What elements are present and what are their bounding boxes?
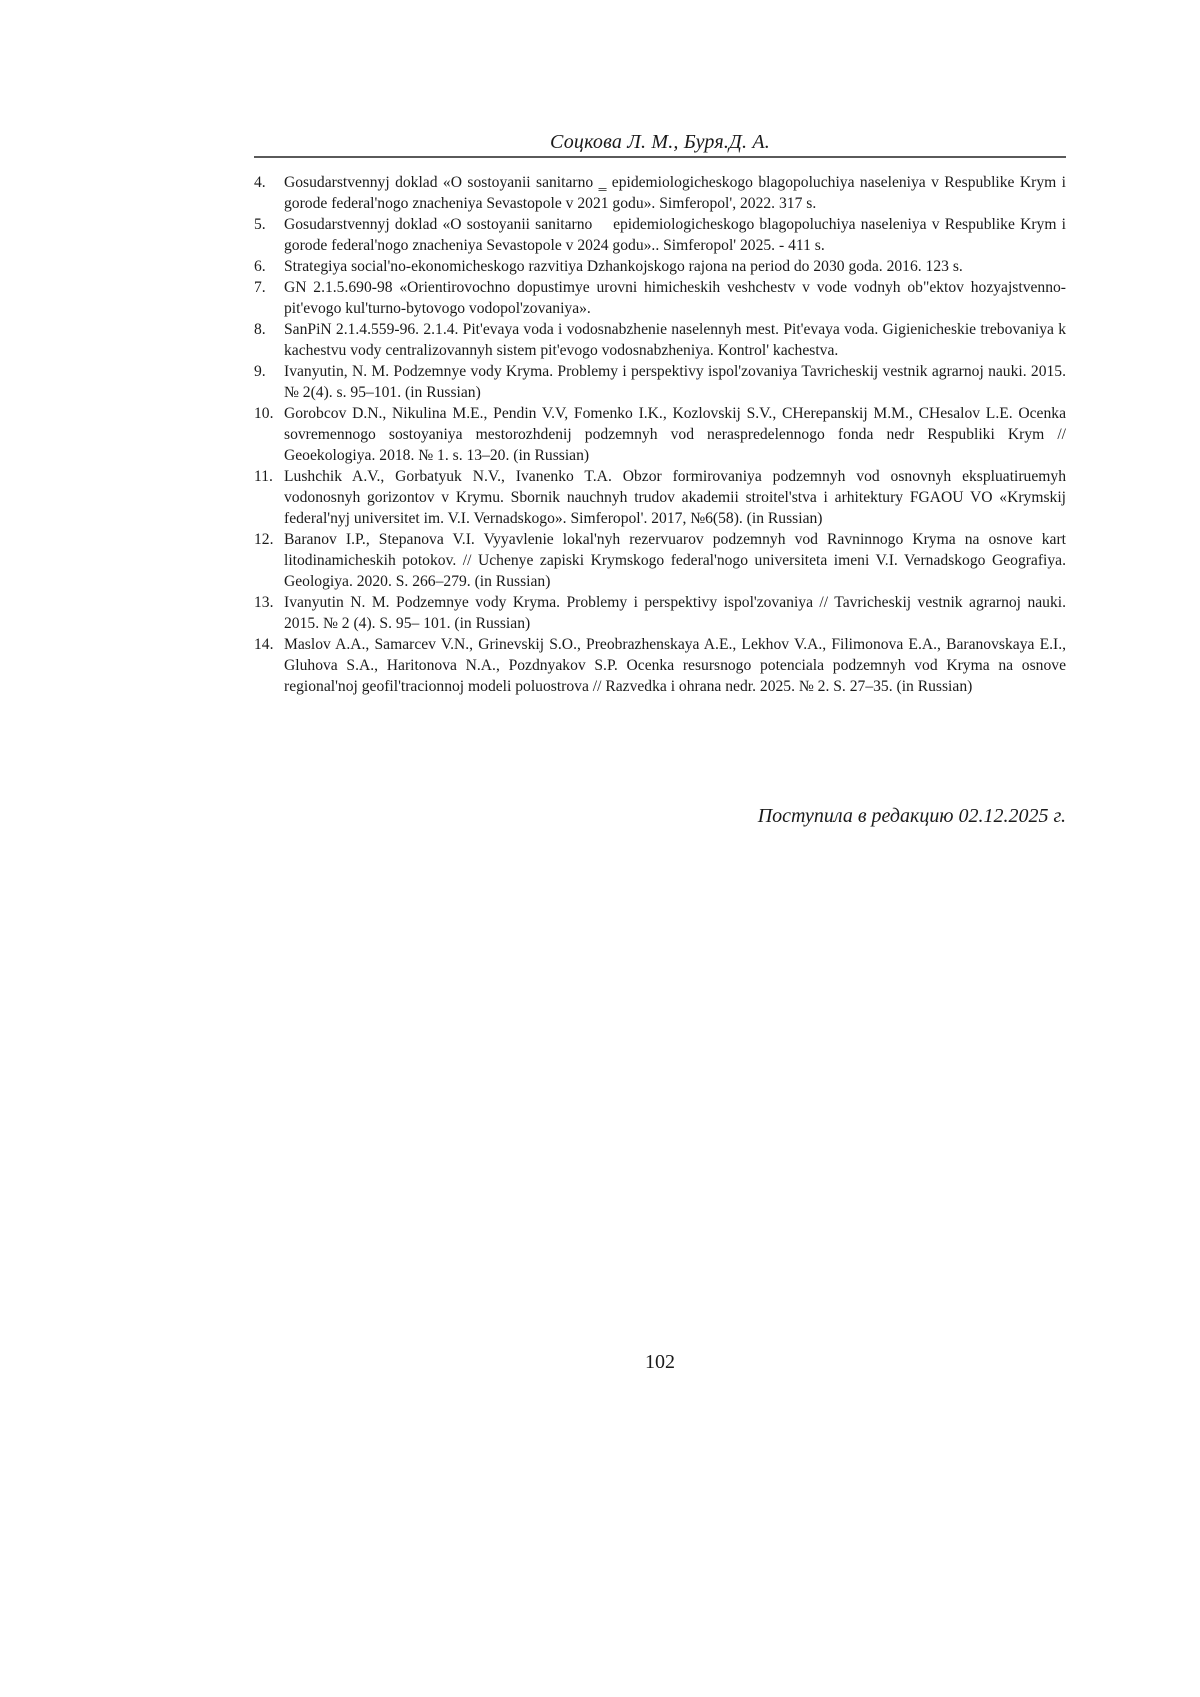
reference-number: 9. [254, 361, 284, 382]
reference-number: 13. [254, 592, 284, 613]
reference-text: Ivanyutin, N. M. Podzemnye vody Kryma. P… [284, 361, 1066, 403]
reference-number: 12. [254, 529, 284, 550]
reference-text: Gosudarstvennyj doklad «O sostoyanii san… [284, 172, 1066, 214]
reference-text: SanPiN 2.1.4.559-96. 2.1.4. Pit'evaya vo… [284, 319, 1066, 361]
reference-list: 4. Gosudarstvennyj doklad «O sostoyanii … [254, 172, 1066, 697]
reference-text: Gosudarstvennyj doklad «O sostoyanii san… [284, 214, 1066, 256]
reference-number: 4. [254, 172, 284, 193]
reference-item-10: 10. Gorobcov D.N., Nikulina M.E., Pendin… [254, 403, 1066, 466]
reference-text: Baranov I.P., Stepanova V.I. Vyyavlenie … [284, 529, 1066, 592]
reference-number: 8. [254, 319, 284, 340]
received-date-note: Поступила в редакцию 02.12.2025 г. [758, 804, 1066, 828]
running-title-authors: Соцкова Л. М., Буря.Д. А. [254, 130, 1066, 154]
reference-item-14: 14. Maslov A.A., Samarcev V.N., Grinevsk… [254, 634, 1066, 697]
reference-number: 11. [254, 466, 284, 487]
reference-item-11: 11. Lushchik A.V., Gorbatyuk N.V., Ivane… [254, 466, 1066, 529]
reference-text: Strategiya social'no-ekonomicheskogo raz… [284, 256, 1066, 277]
reference-text: Maslov A.A., Samarcev V.N., Grinevskij S… [284, 634, 1066, 697]
page-header: Соцкова Л. М., Буря.Д. А. [254, 128, 1066, 158]
reference-text: Gorobcov D.N., Nikulina M.E., Pendin V.V… [284, 403, 1066, 466]
reference-number: 10. [254, 403, 284, 424]
reference-text: Lushchik A.V., Gorbatyuk N.V., Ivanenko … [284, 466, 1066, 529]
reference-item-9: 9. Ivanyutin, N. M. Podzemnye vody Kryma… [254, 361, 1066, 403]
reference-item-4: 4. Gosudarstvennyj doklad «O sostoyanii … [254, 172, 1066, 214]
reference-item-13: 13. Ivanyutin N. M. Podzemnye vody Kryma… [254, 592, 1066, 634]
reference-item-8: 8. SanPiN 2.1.4.559-96. 2.1.4. Pit'evaya… [254, 319, 1066, 361]
page-number: 102 [0, 1350, 1200, 1374]
reference-item-6: 6. Strategiya social'no-ekonomicheskogo … [254, 256, 1066, 277]
reference-item-7: 7. GN 2.1.5.690-98 «Orientirovochno dopu… [254, 277, 1066, 319]
reference-number: 7. [254, 277, 284, 298]
reference-item-5: 5. Gosudarstvennyj doklad «O sostoyanii … [254, 214, 1066, 256]
reference-number: 14. [254, 634, 284, 655]
reference-number: 5. [254, 214, 284, 235]
reference-text: Ivanyutin N. M. Podzemnye vody Kryma. Pr… [284, 592, 1066, 634]
reference-text: GN 2.1.5.690-98 «Orientirovochno dopusti… [284, 277, 1066, 319]
reference-item-12: 12. Baranov I.P., Stepanova V.I. Vyyavle… [254, 529, 1066, 592]
reference-number: 6. [254, 256, 284, 277]
